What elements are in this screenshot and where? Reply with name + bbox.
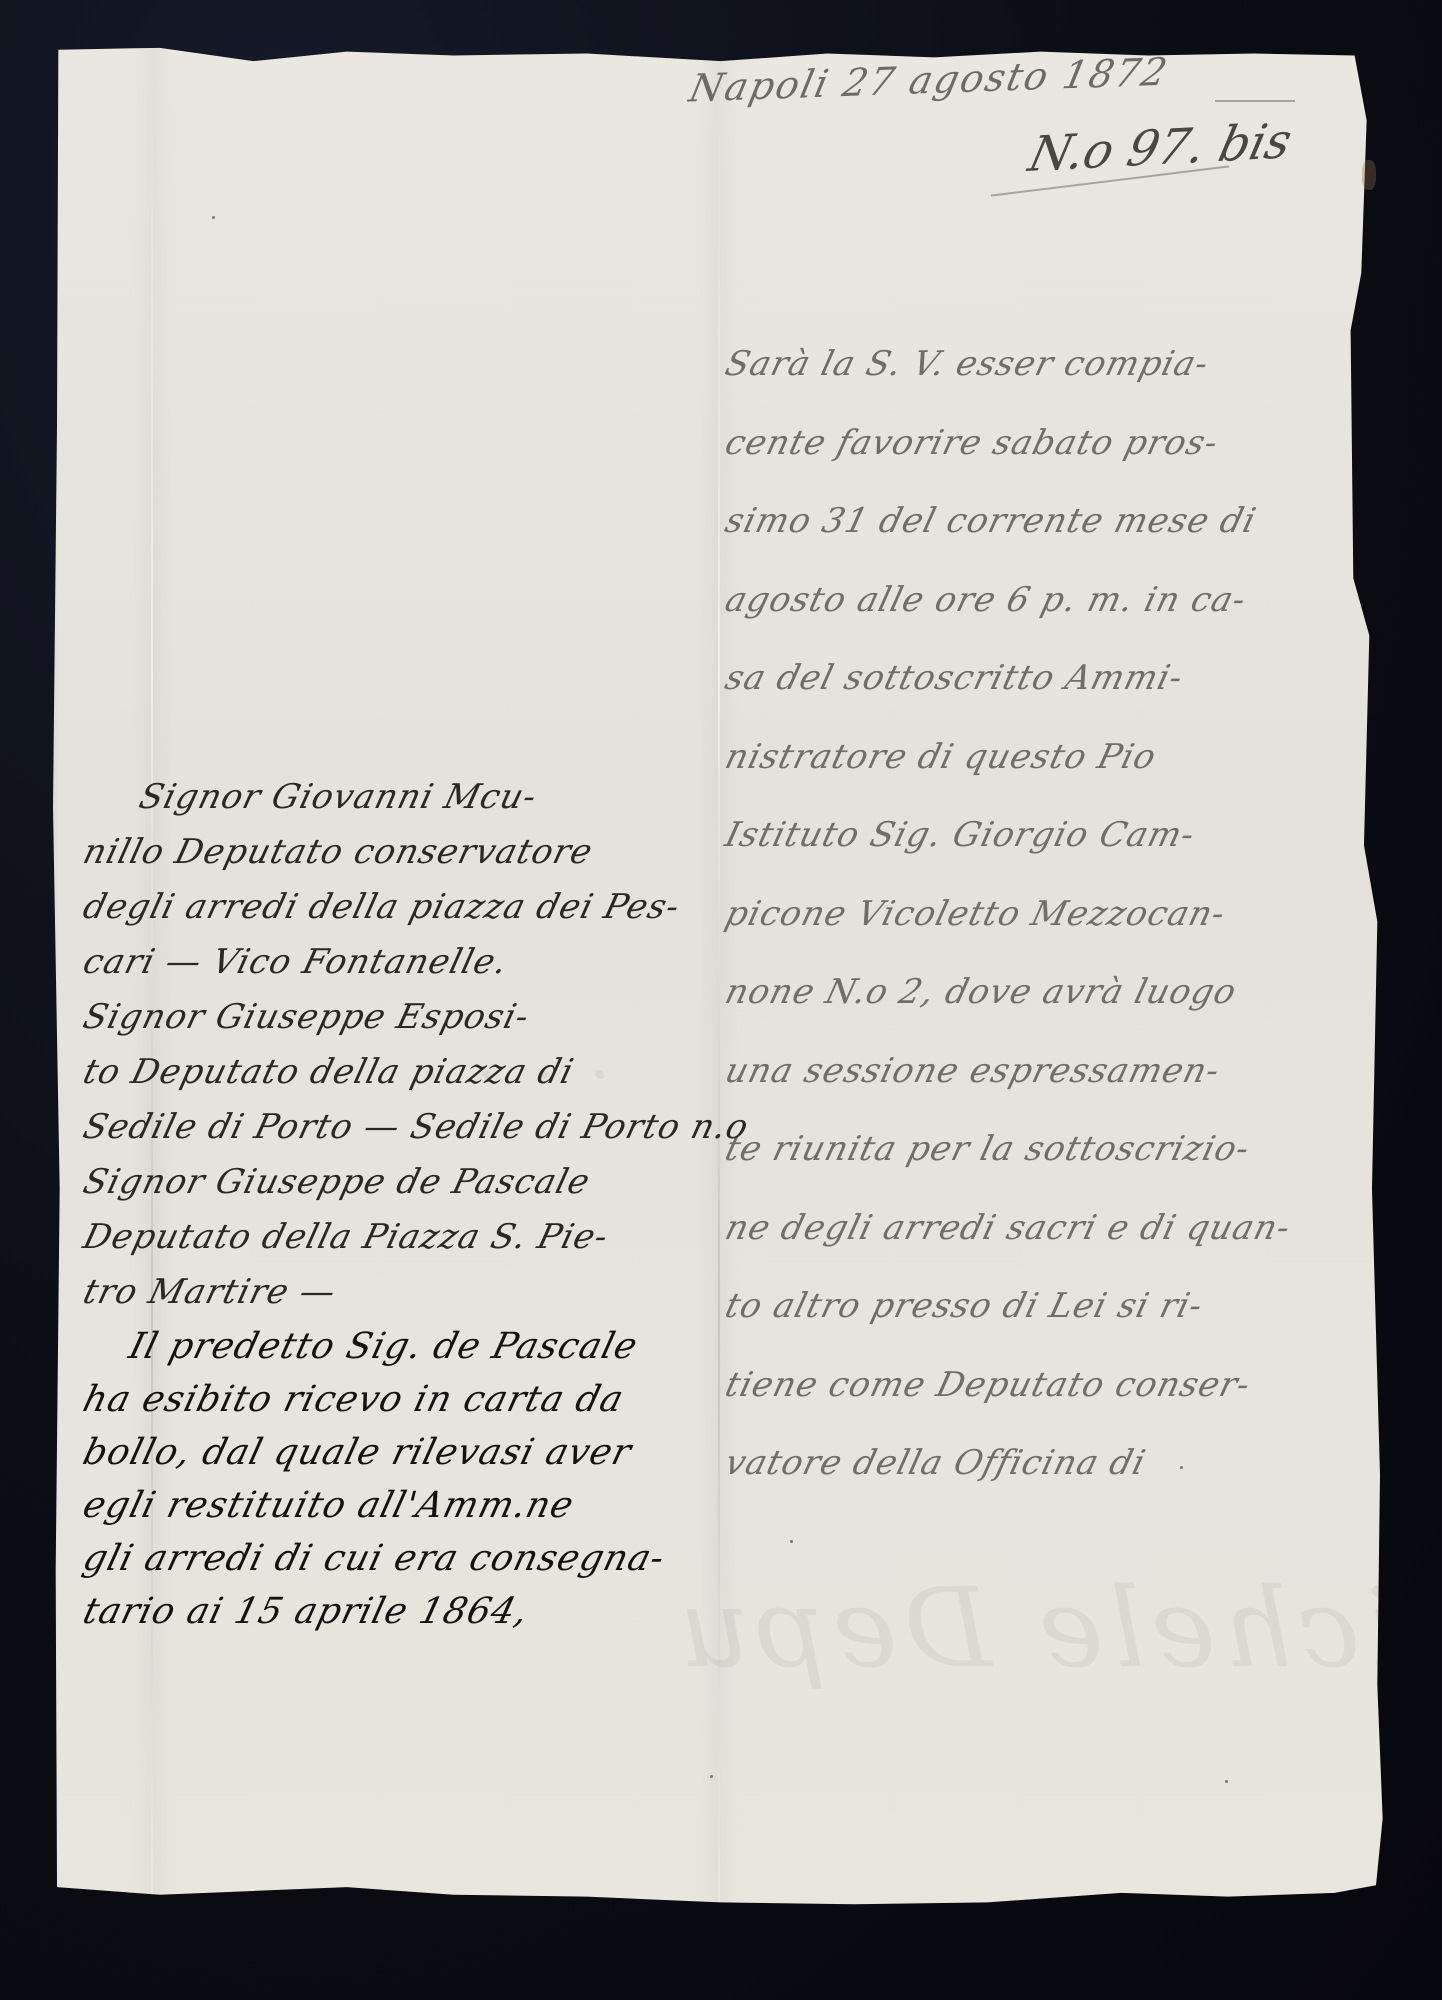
edge-stain	[1362, 160, 1376, 190]
body-line: cente favorire sabato pros-	[710, 404, 1390, 483]
note-line: gli arredi di cui era consegna-	[63, 1532, 716, 1585]
addressee-block-2: Signor Giuseppe Esposi- to Deputato dell…	[70, 990, 710, 1155]
ink-speck	[212, 216, 215, 219]
addressee-line: Signor Giuseppe de Pascale	[63, 1155, 717, 1210]
addressee-line: tro Martire —	[63, 1265, 717, 1320]
body-line: none N.o 2, dove avrà luogo	[710, 953, 1390, 1032]
addressee-block-3: Signor Giuseppe de Pascale Deputato dell…	[70, 1155, 710, 1320]
body-line: una sessione espressamen-	[710, 1032, 1390, 1111]
body-line: tiene come Deputato conser-	[710, 1346, 1390, 1425]
addressee-line: Signor Giuseppe Esposi-	[63, 990, 717, 1045]
ink-speck	[1180, 1466, 1183, 1469]
note-line: ha esibito ricevo in carta da	[63, 1373, 716, 1426]
body-line: Sarà la S. V. esser compia-	[710, 325, 1390, 404]
bleed-through-lower: Michele Depu	[673, 1564, 1442, 1692]
addressee-list: Signor Giovanni Mcu- nillo Deputato cons…	[70, 770, 710, 1638]
letter-body: Sarà la S. V. esser compia- cente favori…	[720, 325, 1380, 1503]
body-line: Istituto Sig. Giorgio Cam-	[710, 796, 1390, 875]
addressee-line: Sedile di Porto — Sedile di Porto n.o	[63, 1100, 717, 1155]
addressee-line: degli arredi della piazza dei Pes-	[63, 880, 717, 935]
addressee-line: nillo Deputato conservatore	[63, 825, 717, 880]
note-line: tario ai 15 aprile 1864,	[63, 1585, 716, 1638]
body-line: to altro presso di Lei si ri-	[710, 1267, 1390, 1346]
ink-speck	[1225, 1780, 1228, 1783]
note-line: Il predetto Sig. de Pascale	[63, 1320, 716, 1373]
body-line: agosto alle ore 6 p. m. in ca-	[710, 561, 1390, 640]
body-line: vatore della Officina di	[710, 1424, 1390, 1503]
ink-speck	[710, 1775, 713, 1778]
date-underline	[1215, 100, 1295, 102]
addressee-line: cari — Vico Fontanelle.	[63, 935, 717, 990]
body-line: te riunita per la sottoscrizio-	[710, 1110, 1390, 1189]
body-line: ne degli arredi sacri e di quan-	[710, 1189, 1390, 1268]
addressee-line: Signor Giovanni Mcu-	[63, 770, 717, 825]
note-line: egli restituito all'Amm.ne	[63, 1479, 716, 1532]
addressee-line: to Deputato della piazza di	[63, 1045, 717, 1100]
ink-speck	[790, 1540, 793, 1543]
body-line: picone Vicoletto Mezzocan-	[710, 875, 1390, 954]
addressee-block-1: Signor Giovanni Mcu- nillo Deputato cons…	[70, 770, 710, 990]
note-line: bollo, dal quale rilevasi aver	[63, 1426, 716, 1479]
note-block: Il predetto Sig. de Pascale ha esibito r…	[70, 1320, 710, 1638]
body-line: simo 31 del corrente mese di	[710, 482, 1390, 561]
body-line: sa del sottoscritto Ammi-	[710, 639, 1390, 718]
addressee-line: Deputato della Piazza S. Pie-	[63, 1210, 717, 1265]
body-line: nistratore di questo Pio	[710, 718, 1390, 797]
